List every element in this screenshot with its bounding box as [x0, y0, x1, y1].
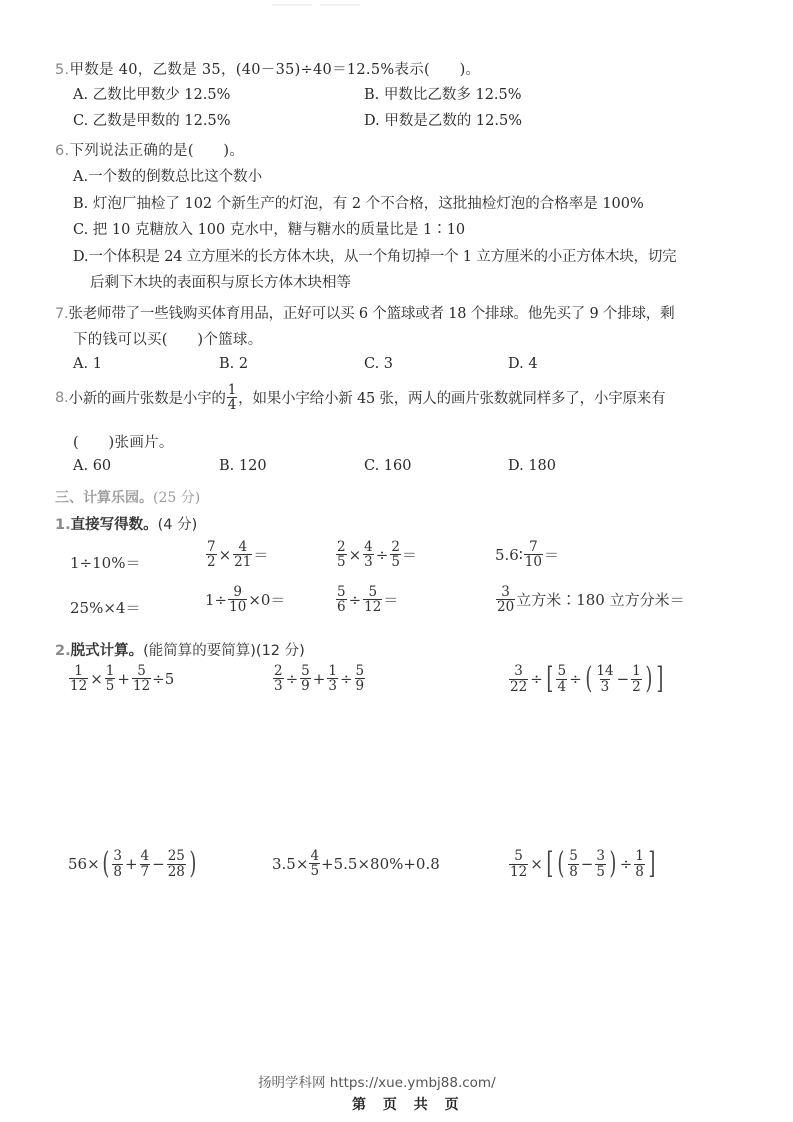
- option-c: C. 3: [364, 356, 393, 372]
- option-text: 4: [528, 356, 537, 372]
- section-3-heading: 三、计算乐园。(25 分): [55, 487, 200, 507]
- option-label: C.: [364, 458, 379, 474]
- option-d: D. 4: [508, 356, 538, 372]
- option-text: 一个数的倒数总比这个数小: [88, 169, 262, 185]
- question-text: ( )张画片。: [73, 435, 174, 451]
- option-text: 2: [239, 356, 248, 372]
- part-number: 1.: [55, 517, 71, 533]
- question-text: 下的钱可以买( )个篮球。: [73, 332, 263, 348]
- option-b: B. 120: [219, 458, 267, 474]
- part-title: 脱式计算。: [71, 643, 144, 659]
- question-number: 5.: [55, 62, 69, 78]
- mental-math-4: 5.6∶ 710 ＝: [495, 540, 559, 569]
- option-text: 把 10 克糖放入 100 克水中，糖与糖水的质量比是 1∶10: [93, 222, 465, 238]
- option-text: 一个体积是 24 立方厘米的长方体木块，从一个角切掉一个 1 立方厘米的小正方体…: [88, 249, 676, 265]
- option-b: B. 甲数比乙数多 12.5%: [364, 83, 522, 104]
- option-label: D.: [364, 113, 380, 129]
- option-label: A.: [73, 87, 88, 103]
- question-6-stem: 6.下列说法正确的是( )。: [55, 139, 244, 160]
- option-text: 60: [93, 458, 111, 474]
- calc-expression-2: 23 ÷ 59 + 13 ÷ 59: [272, 664, 366, 693]
- option-text: 乙数比甲数少 12.5%: [93, 87, 231, 103]
- question-5-stem: 5.甲数是 40，乙数是 35，(40－35)÷40＝12.5%表示( )。: [55, 58, 480, 79]
- option-a: A. 1: [73, 356, 102, 372]
- option-label: B.: [219, 356, 234, 372]
- option-b: B. 灯泡厂抽检了 102 个新生产的灯泡，有 2 个不合格，这批抽检灯泡的合格…: [73, 192, 644, 213]
- part-1-heading: 1.直接写得数。(4 分): [55, 513, 197, 534]
- option-text: 160: [384, 458, 412, 474]
- option-label: A.: [73, 356, 88, 372]
- mental-math-7: 56 ÷ 512 ＝: [335, 585, 398, 614]
- option-text: 1: [93, 356, 102, 372]
- question-7-stem-continued: 下的钱可以买( )个篮球。: [73, 328, 263, 349]
- mental-math-3: 25 × 43 ÷ 25 ＝: [335, 540, 417, 569]
- option-d-continued: 后剩下木块的表面积与原长方体木块相等: [90, 271, 351, 292]
- question-7-stem: 7.张老师带了一些钱购买体育用品，正好可以买 6 个篮球或者 18 个排球。他先…: [55, 302, 674, 323]
- calc-expression-4: 56× ( 38 + 47 − 2528 ): [68, 849, 199, 879]
- option-c: C. 把 10 克糖放入 100 克水中，糖与糖水的质量比是 1∶10: [73, 218, 465, 239]
- scan-mark: [320, 4, 360, 6]
- option-a: A. 乙数比甲数少 12.5%: [73, 83, 230, 104]
- mental-math-8: 320 立方米∶180 立方分米＝: [495, 585, 685, 614]
- option-text: 3: [384, 356, 393, 372]
- option-a: A. 60: [73, 458, 111, 474]
- question-8-stem: 8.小新的画片张数是小宇的 14 ，如果小宇给小新 45 张，两人的画片张数就同…: [55, 383, 665, 412]
- calc-expression-5: 3.5× 45 +5.5×80%+0.8: [272, 849, 440, 878]
- part-title: 直接写得数。: [71, 517, 158, 533]
- option-text: 灯泡厂抽检了 102 个新生产的灯泡，有 2 个不合格，这批抽检灯泡的合格率是 …: [93, 196, 644, 212]
- question-text: 甲数是 40，乙数是 35，(40－35)÷40＝12.5%表示( )。: [69, 62, 480, 78]
- option-c: C. 160: [364, 458, 411, 474]
- option-d: D. 180: [508, 458, 556, 474]
- option-label: D.: [508, 356, 524, 372]
- calc-expression-6: 512 × [ ( 58 − 35 ) ÷ 18 ]: [508, 849, 658, 879]
- question-number: 7.: [55, 306, 68, 322]
- part-2-heading: 2.脱式计算。(能简算的要简算)(12 分): [55, 639, 305, 660]
- option-text: 甲数是乙数的 12.5%: [384, 113, 522, 129]
- watermark-link[interactable]: 扬明学科网 https://xue.ymbj88.com/: [258, 1071, 496, 1091]
- part-points: (能简算的要简算)(12 分): [143, 643, 305, 659]
- option-label: A.: [73, 458, 88, 474]
- option-label: A.: [73, 169, 88, 185]
- option-text: 乙数是甲数的 12.5%: [93, 113, 231, 129]
- option-text: 180: [528, 458, 556, 474]
- option-d: D. 甲数是乙数的 12.5%: [364, 109, 522, 130]
- option-d: D.一个体积是 24 立方厘米的长方体木块，从一个角切掉一个 1 立方厘米的小正…: [73, 245, 676, 266]
- option-label: D.: [508, 458, 524, 474]
- option-b: B. 2: [219, 356, 248, 372]
- option-label: B.: [364, 87, 379, 103]
- option-label: C.: [73, 222, 88, 238]
- fraction: 14: [227, 383, 237, 412]
- calc-expression-3: 322 ÷ [ 54 ÷ ( 143 − 12 ) ]: [508, 664, 666, 694]
- mental-math-6: 1÷ 910 ×0＝: [205, 585, 285, 614]
- part-points: (4 分): [158, 517, 198, 533]
- mental-math-2: 72 × 421 ＝: [205, 540, 268, 569]
- question-text: 小新的画片张数是小宇的: [68, 387, 225, 408]
- mental-math-1: 1÷10%＝: [70, 552, 140, 573]
- question-number: 8.: [55, 390, 68, 406]
- option-label: B.: [73, 196, 88, 212]
- question-8-stem-continued: ( )张画片。: [73, 431, 174, 452]
- part-number: 2.: [55, 643, 71, 659]
- page-number: 第 页 共 页: [352, 1094, 465, 1114]
- option-label: C.: [73, 113, 88, 129]
- option-text: 甲数比乙数多 12.5%: [384, 87, 522, 103]
- question-text: 下列说法正确的是( )。: [69, 143, 244, 159]
- section-title: 三、计算乐园。: [55, 490, 153, 506]
- mental-math-5: 25%×4＝: [70, 597, 140, 618]
- option-label: D.: [73, 249, 88, 265]
- option-label: C.: [364, 356, 379, 372]
- section-points: (25 分): [153, 490, 200, 506]
- scan-mark: [272, 4, 312, 6]
- option-text: 后剩下木块的表面积与原长方体木块相等: [90, 275, 351, 291]
- option-c: C. 乙数是甲数的 12.5%: [73, 109, 230, 130]
- option-text: 120: [239, 458, 267, 474]
- option-a: A.一个数的倒数总比这个数小: [73, 165, 262, 186]
- question-number: 6.: [55, 143, 69, 159]
- option-label: B.: [219, 458, 234, 474]
- question-text: 张老师带了一些钱购买体育用品，正好可以买 6 个篮球或者 18 个排球。他先买了…: [68, 306, 674, 322]
- calc-expression-1: 112 × 15 + 512 ÷5: [68, 664, 174, 693]
- question-text: ，如果小宇给小新 45 张，两人的画片张数就同样多了，小宇原来有: [238, 387, 665, 408]
